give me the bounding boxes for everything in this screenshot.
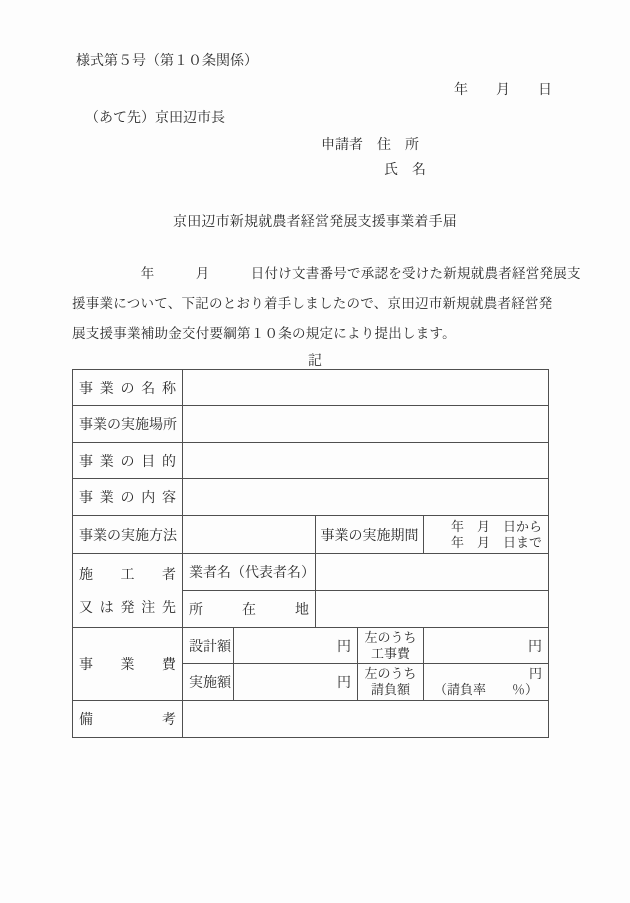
- application-form-table: 事 業 の 名 称 事業の実施場所 事 業 の 目 的 事 業 の 内 容 事業…: [72, 369, 549, 738]
- location-value-cell: [183, 406, 549, 443]
- contractor-label-line2: 又 は 発 注 先: [79, 597, 176, 617]
- period-label-cell: 事業の実施期間: [316, 516, 424, 554]
- contractor-label-cell: 施 工 者 又 は 発 注 先: [73, 554, 183, 628]
- design-left-label-cell: 左のうち 工事費: [358, 628, 424, 664]
- row-location: 事業の実施場所: [73, 406, 549, 443]
- design-amount-value-cell: 円: [234, 628, 358, 664]
- project-name-label-cell: 事 業 の 名 称: [73, 370, 183, 406]
- purpose-label-cell: 事 業 の 目 的: [73, 443, 183, 479]
- content-label-cell: 事 業 の 内 容: [73, 479, 183, 516]
- actual-amount-label-cell: 実施額: [183, 664, 234, 701]
- vendor-name-label-cell: 業者名（代表者名）: [183, 554, 316, 591]
- row-design-amount: 事 業 費 設計額 円 左のうち 工事費 円: [73, 628, 549, 664]
- design-left-line2: 工事費: [360, 646, 421, 662]
- design-left-line1: 左のうち: [360, 630, 421, 646]
- cost-label-cell: 事 業 費: [73, 628, 183, 701]
- contract-rate-line: （請負率 ％）: [430, 682, 542, 698]
- row-project-name: 事 業 の 名 称: [73, 370, 549, 406]
- address-value-cell: [316, 591, 549, 628]
- body-line-2: 援事業について、下記のとおり着手しましたので、京田辺市新規就農者経営発: [72, 289, 572, 319]
- project-name-value-cell: [183, 370, 549, 406]
- row-purpose: 事 業 の 目 的: [73, 443, 549, 479]
- addressee-line: （あて先）京田辺市長: [85, 107, 225, 127]
- actual-left-value-cell: 円 （請負率 ％）: [424, 664, 549, 701]
- design-amount-label-cell: 設計額: [183, 628, 234, 664]
- actual-left-unit-line: 円: [430, 666, 542, 682]
- contractor-label-line1: 施 工 者: [79, 564, 176, 584]
- address-label-cell: 所 在 地: [183, 591, 316, 628]
- row-vendor-name: 施 工 者 又 は 発 注 先 業者名（代表者名）: [73, 554, 549, 591]
- form-number: 様式第５号（第１０条関係）: [76, 50, 258, 70]
- record-mark: 記: [0, 350, 630, 370]
- row-content: 事 業 の 内 容: [73, 479, 549, 516]
- form-page: 様式第５号（第１０条関係） 年 月 日 （あて先）京田辺市長 申請者 住 所 氏…: [0, 0, 630, 903]
- document-title: 京田辺市新規就農者経営発展支援事業着手届: [0, 211, 630, 231]
- purpose-value-cell: [183, 443, 549, 479]
- period-from-line: 年 月 日から: [430, 519, 542, 535]
- period-to-line: 年 月 日まで: [430, 535, 542, 551]
- body-line-1: 年 月 日付け文書番号で承認を受けた新規就農者経営発展支: [72, 259, 572, 289]
- content-value-cell: [183, 479, 549, 516]
- row-method-period: 事業の実施方法 事業の実施期間 年 月 日から 年 月 日まで: [73, 516, 549, 554]
- method-value-cell: [183, 516, 316, 554]
- remarks-label-cell: 備 考: [73, 701, 183, 738]
- location-label-cell: 事業の実施場所: [73, 406, 183, 443]
- body-paragraph: 年 月 日付け文書番号で承認を受けた新規就農者経営発展支 援事業について、下記の…: [72, 259, 572, 349]
- design-left-value-cell: 円: [424, 628, 549, 664]
- actual-amount-value-cell: 円: [234, 664, 358, 701]
- row-remarks: 備 考: [73, 701, 549, 738]
- remarks-value-cell: [183, 701, 549, 738]
- body-line-3: 展支援事業補助金交付要綱第１０条の規定により提出します。: [72, 319, 572, 349]
- vendor-name-value-cell: [316, 554, 549, 591]
- applicant-name-line: 氏 名: [384, 159, 426, 179]
- period-value-cell: 年 月 日から 年 月 日まで: [424, 516, 549, 554]
- actual-left-label-cell: 左のうち 請負額: [358, 664, 424, 701]
- actual-left-line2: 請負額: [360, 682, 421, 698]
- actual-left-line1: 左のうち: [360, 666, 421, 682]
- applicant-address-line: 申請者 住 所: [321, 134, 419, 154]
- method-label-cell: 事業の実施方法: [73, 516, 183, 554]
- date-line: 年 月 日: [454, 79, 552, 99]
